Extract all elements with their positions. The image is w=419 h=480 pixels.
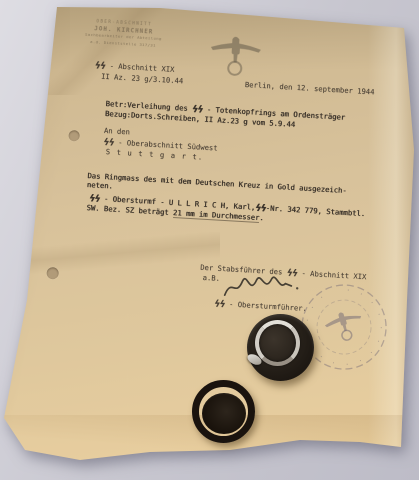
- body-line-1: Das Ringmass des mit dem Deutschen Kreuz…: [87, 172, 347, 195]
- punch-hole: [68, 130, 80, 142]
- body-line-4b: .: [259, 213, 264, 222]
- ring-case-bottom: [192, 380, 255, 443]
- eagle-stamp-icon: [205, 31, 266, 82]
- body-line-3b: -Nr. 342 779, Stammbtl.: [265, 203, 365, 218]
- date-line: Berlin, den 12. september 1944: [245, 81, 375, 97]
- ring-case-top: [247, 314, 314, 381]
- closing-ab: a.B.: [202, 274, 220, 283]
- punch-hole: [46, 267, 59, 280]
- letterhead-stamp: OBER-ABSCHNITT JOH. KIRCHNER Sachbearbei…: [73, 18, 174, 50]
- ss-runes-glyph: ϟϟ: [94, 60, 105, 72]
- photo-background: OBER-ABSCHNITT JOH. KIRCHNER Sachbearbei…: [0, 0, 419, 480]
- ring-case-inner: [202, 393, 246, 434]
- honour-ring: [255, 320, 300, 366]
- addressee-an: An den: [104, 127, 130, 137]
- ss-runes-glyph: ϟϟ: [214, 299, 225, 311]
- body-line-2: neten.: [87, 181, 113, 191]
